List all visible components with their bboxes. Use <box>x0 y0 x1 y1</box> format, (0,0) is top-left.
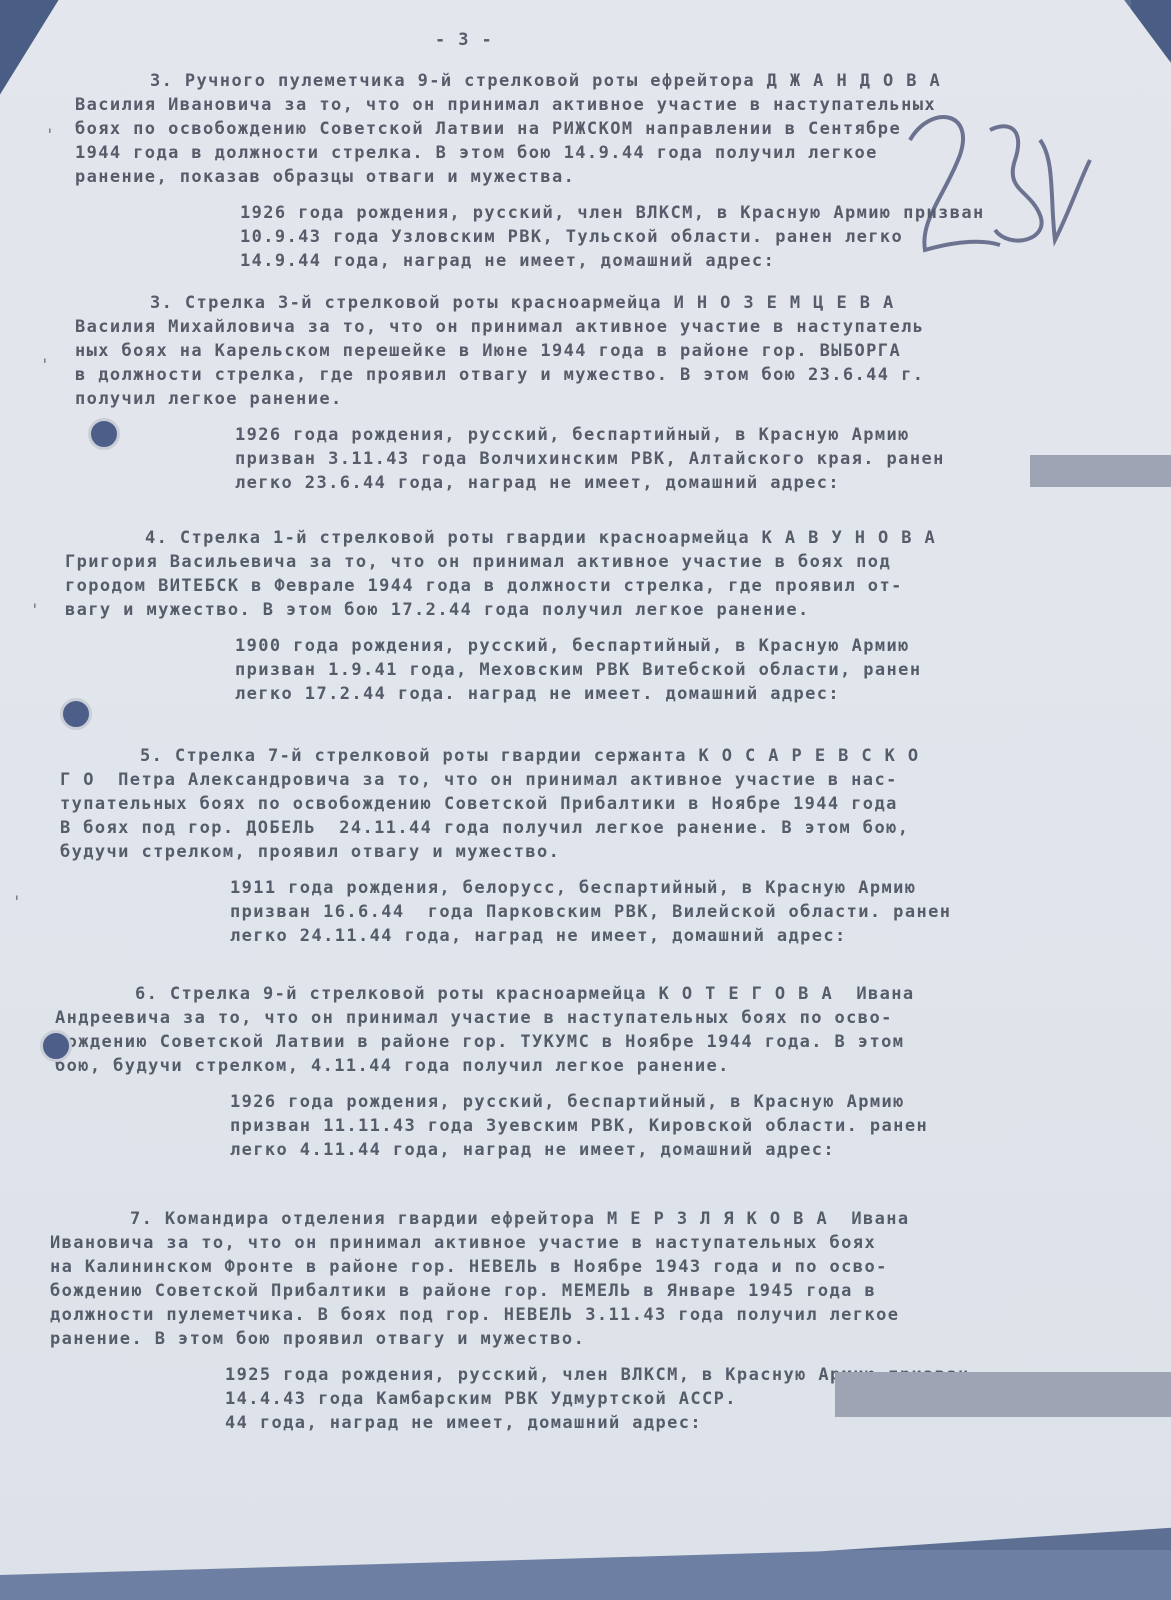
bio-line: 14.9.44 года, наград не имеет, домашний … <box>240 250 775 272</box>
entry-heading-line: 3. Стрелка 3-й стрелковой роты красноарм… <box>150 292 895 314</box>
entry-text-line: городом ВИТЕБСК в Феврале 1944 года в до… <box>65 575 903 597</box>
document-page: - 3 - 3. Ручного пулеметчика 9-й стрелко… <box>0 0 1171 1575</box>
entry-heading-line: 6. Стрелка 9-й стрелковой роты красноарм… <box>135 983 915 1005</box>
punch-hole <box>60 698 92 730</box>
margin-mark: ' <box>40 355 50 374</box>
bio-line: легко 23.6.44 года, наград не имеет, дом… <box>235 472 840 494</box>
bio-line: 1900 года рождения, русский, беспартийны… <box>235 635 910 657</box>
bio-line: 10.9.43 года Узловским РВК, Тульской обл… <box>240 226 903 248</box>
entry-text-line: в должности стрелка, где проявил отвагу … <box>75 364 924 386</box>
bio-line: легко 4.11.44 года, наград не имеет, дом… <box>230 1139 835 1161</box>
entry-heading-line: 5. Стрелка 7-й стрелковой роты гвардии с… <box>140 745 920 767</box>
entry-text-line: бою, будучи стрелком, 4.11.44 года получ… <box>55 1055 730 1077</box>
margin-mark: ' <box>45 125 55 144</box>
margin-mark: ' <box>12 892 22 911</box>
entry-text-line: бождению Советской Латвии в районе гор. … <box>55 1031 904 1053</box>
entry-text-line: бождению Советской Прибалтики в районе г… <box>50 1280 876 1302</box>
redaction-block <box>835 1372 1171 1417</box>
entry-text-line: будучи стрелком, проявил отвагу и мужест… <box>60 841 560 863</box>
entry-text-line: Г О Петра Александровича за то, что он п… <box>60 769 898 791</box>
page-number: - 3 - <box>435 30 493 50</box>
bio-line: 14.4.43 года Камбарским РВК Удмуртской А… <box>225 1388 737 1410</box>
entry-text-line: получил легкое ранение. <box>75 388 343 410</box>
entry-text-line: ных боях на Карельском перешейке в Июне … <box>75 340 901 362</box>
bio-line: 1926 года рождения, русский, беспартийны… <box>230 1091 905 1113</box>
bio-line: 1926 года рождения, русский, член ВЛКСМ,… <box>240 202 985 224</box>
entry-text-line: тупательных боях по освобождению Советск… <box>60 793 898 815</box>
entry-heading-line: 4. Стрелка 1-й стрелковой роты гвардии к… <box>145 527 936 549</box>
punch-hole <box>40 1030 72 1062</box>
entry-text-line: вагу и мужество. В этом бою 17.2.44 года… <box>65 599 810 621</box>
entry-text-line: В боях под гор. ДОБЕЛЬ 24.11.44 года пол… <box>60 817 909 839</box>
bio-line: легко 24.11.44 года, наград не имеет, до… <box>230 925 847 947</box>
entry-text-line: должности пулеметчика. В боях под гор. Н… <box>50 1304 899 1326</box>
entry-text-line: 1944 года в должности стрелка. В этом бо… <box>75 142 878 164</box>
bio-line: легко 17.2.44 года. наград не имеет. дом… <box>235 683 840 705</box>
entry-text-line: боях по освобождению Советской Латвии на… <box>75 118 901 140</box>
entry-text-line: ранение, показав образцы отваги и мужест… <box>75 166 575 188</box>
handwritten-mark <box>890 100 1100 270</box>
entry-heading-line: 3. Ручного пулеметчика 9-й стрелковой ро… <box>150 70 941 92</box>
entry-text-line: Ивановича за то, что он принимал активно… <box>50 1232 876 1254</box>
bio-line: призван 11.11.43 года Зуевским РВК, Киро… <box>230 1115 928 1137</box>
entry-text-line: Андреевича за то, что он принимал участи… <box>55 1007 893 1029</box>
bio-line: призван 1.9.41 года, Меховским РВК Витеб… <box>235 659 921 681</box>
bio-line: призван 16.6.44 года Парковским РВК, Вил… <box>230 901 951 923</box>
entry-text-line: Василия Ивановича за то, что он принимал… <box>75 94 936 116</box>
entry-text-line: на Калининском Фронте в районе гор. НЕВЕ… <box>50 1256 888 1278</box>
margin-mark: ' <box>30 600 40 619</box>
entry-text-line: ранение. В этом бою проявил отвагу и муж… <box>50 1328 585 1350</box>
punch-hole <box>88 418 120 450</box>
entry-heading-line: 7. Командира отделения гвардии ефрейтора… <box>130 1208 910 1230</box>
bio-line: 1911 года рождения, белорусс, беспартийн… <box>230 877 916 899</box>
redaction-block <box>1030 455 1171 487</box>
entry-text-line: Григория Васильевича за то, что он прини… <box>65 551 891 573</box>
bio-line: 1926 года рождения, русский, беспартийны… <box>235 424 910 446</box>
entry-text-line: Василия Михайловича за то, что он приним… <box>75 316 924 338</box>
bio-line: призван 3.11.43 года Волчихинским РВК, А… <box>235 448 945 470</box>
bio-line: 44 года, наград не имеет, домашний адрес… <box>225 1412 702 1434</box>
